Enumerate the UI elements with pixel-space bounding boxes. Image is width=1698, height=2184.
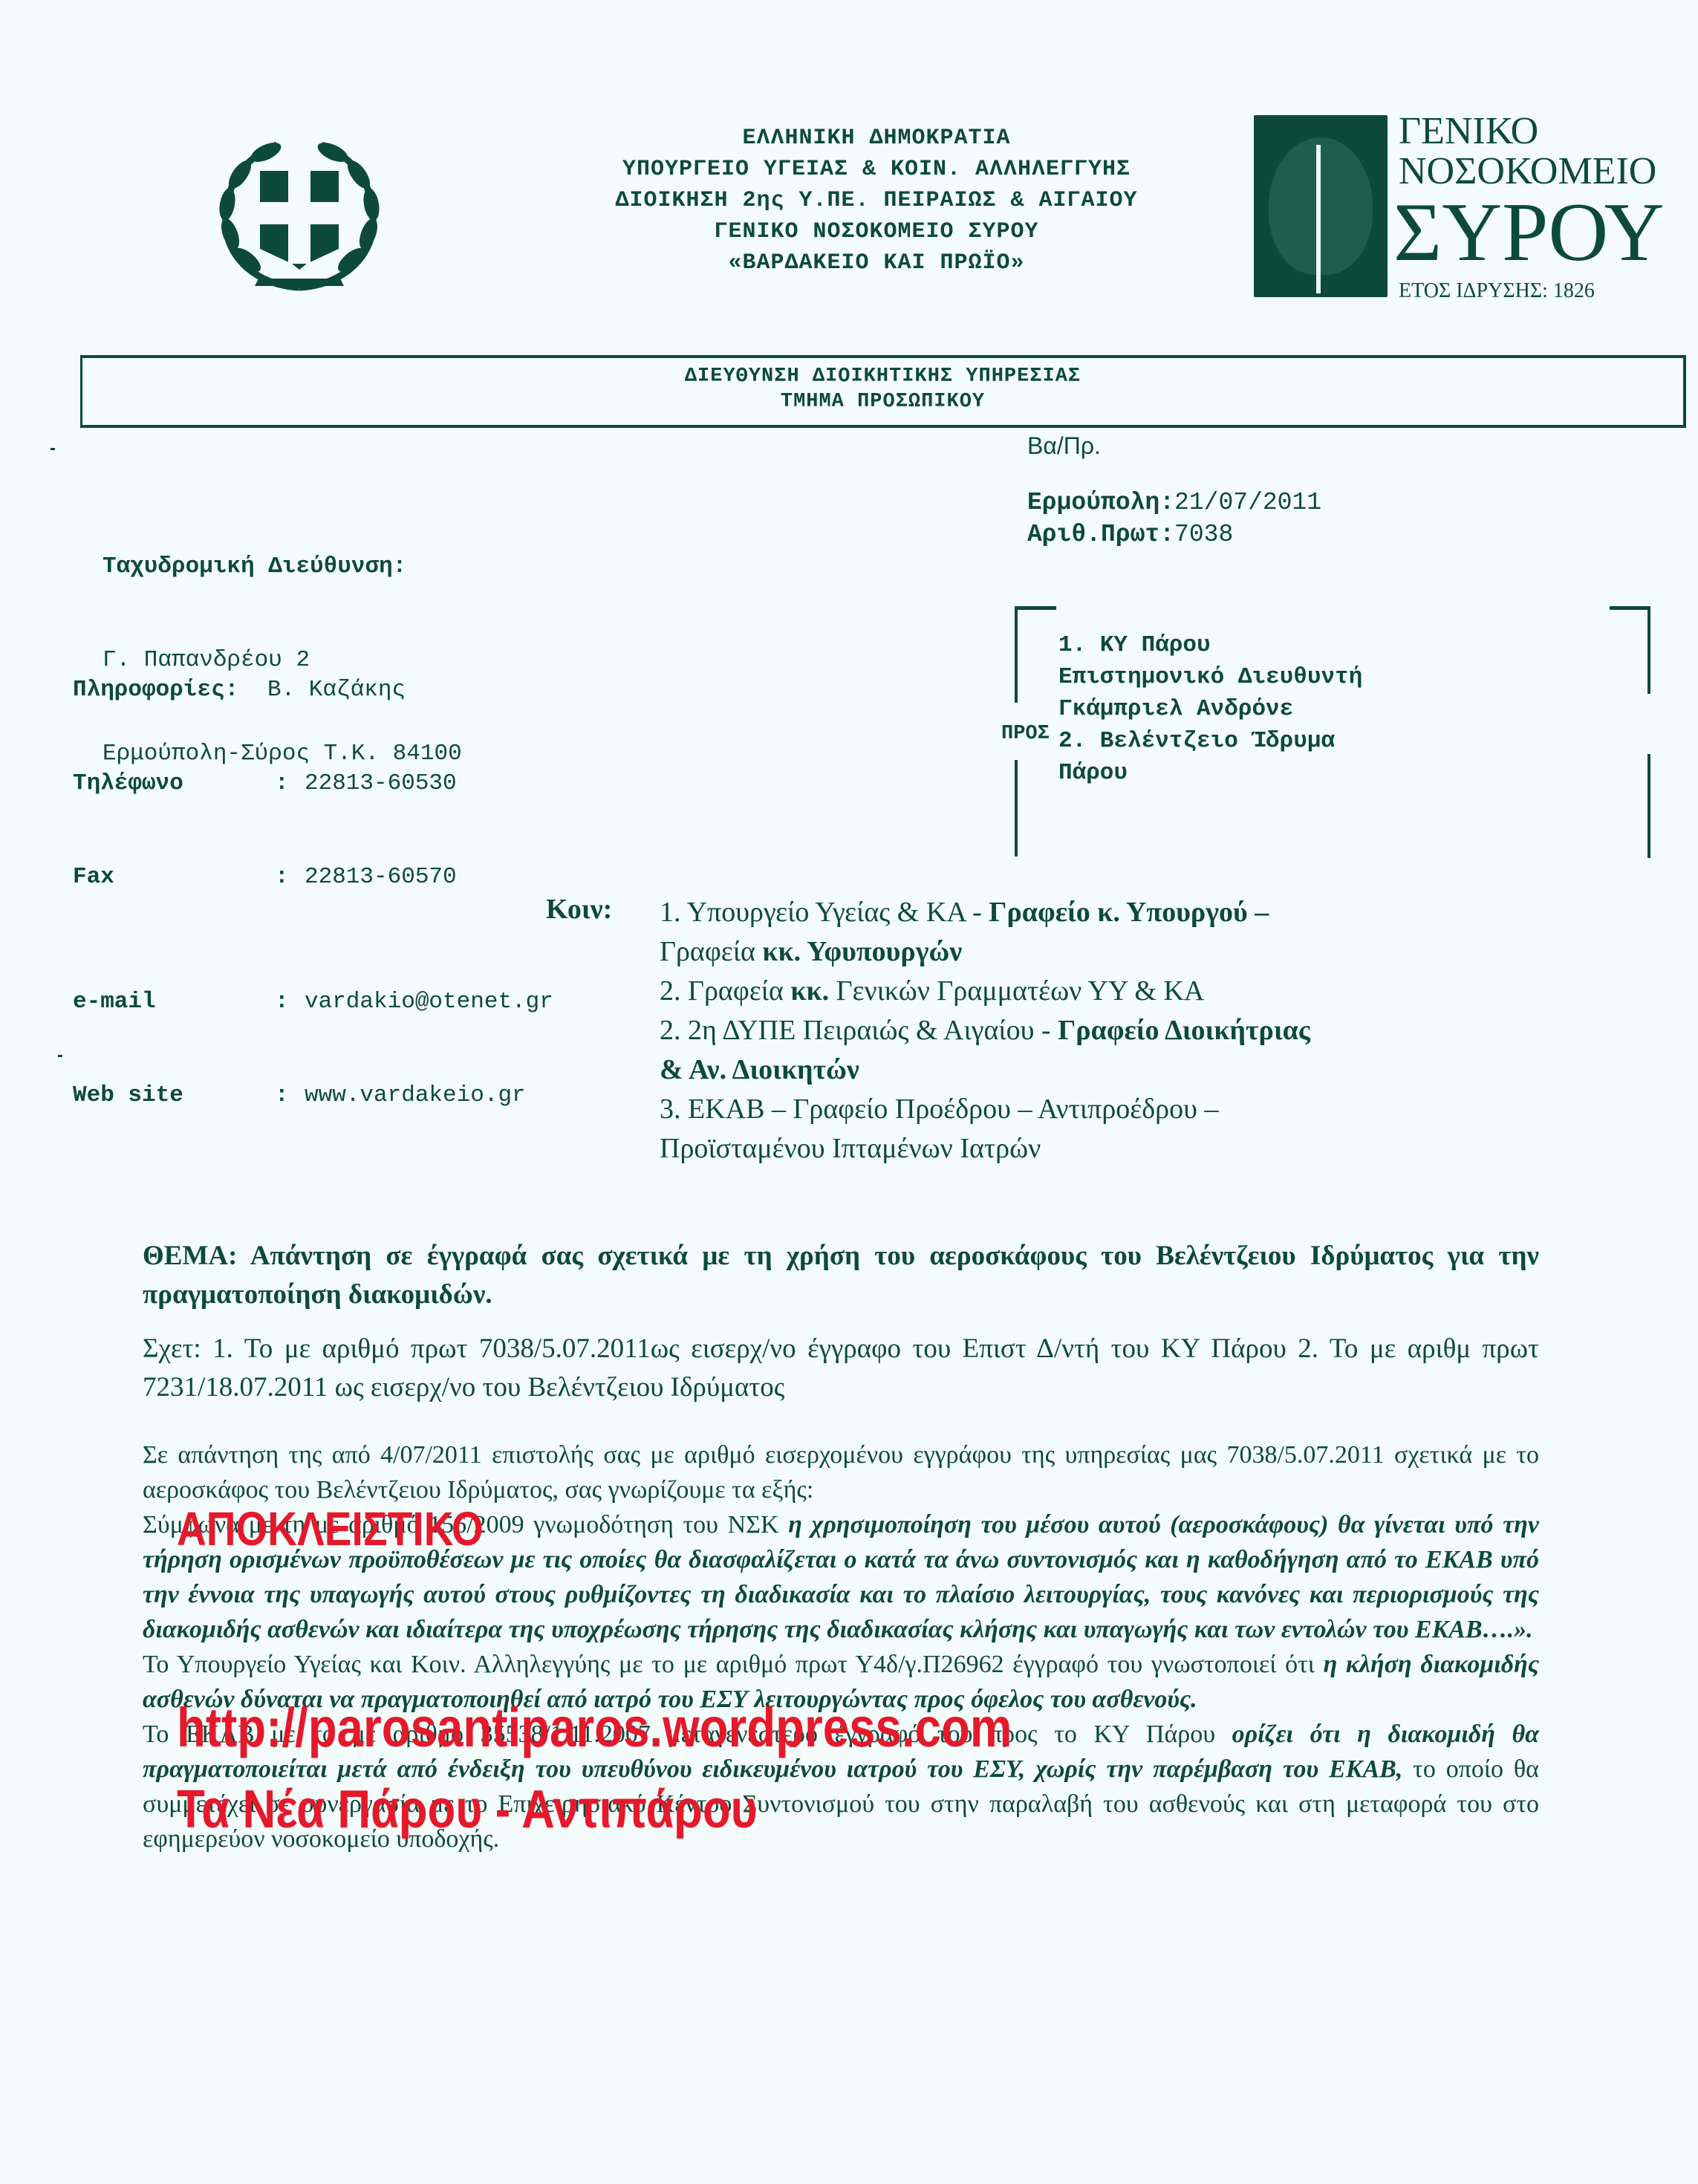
section-name: ΤΜΗΜΑ ΠΡΟΣΩΠΙΚΟΥ	[82, 389, 1683, 415]
tree-logo-icon	[1254, 115, 1388, 297]
logo-line: ΓΕΝΙΚΟ	[1399, 111, 1538, 152]
dateline: Ερμούπολη:21/07/2011 Αριθ.Πρωτ:7038	[1027, 487, 1321, 550]
recipient-line: Επιστημονικό Διευθυντή	[1058, 661, 1362, 693]
protocol-number: 7038	[1174, 521, 1233, 548]
subject-line: ΘΕΜΑ: Απάντηση σε έγγραφά σας σχετικά με…	[143, 1237, 1539, 1314]
body-paragraph: Σε απάντηση της από 4/07/2011 επιστολής …	[143, 1437, 1539, 1507]
email-label: e-mail	[73, 987, 275, 1018]
header-line: ΔΙΟΙΚΗΣΗ 2ης Υ.ΠΕ. ΠΕΙΡΑΙΩΣ & ΑΙΓΑΙΟΥ	[520, 185, 1233, 216]
logo-founded: ΕΤΟΣ ΙΔΡΥΣΗΣ: 1826	[1399, 280, 1595, 302]
recipient-line: 2. Βελέντζειο Ίδρυμα	[1058, 725, 1362, 757]
recipient-line: Γκάμπριελ Ανδρόνε	[1058, 693, 1362, 725]
bracket-line	[1015, 606, 1056, 610]
phone-label: Τηλέφωνο	[73, 768, 275, 799]
cc-item: Προϊσταμένου Ιπταμένων Ιατρών	[660, 1129, 1310, 1169]
protocol-label: Αριθ.Πρωτ:	[1027, 521, 1174, 548]
contact-details: Πληροφορίες:Β. Καζάκης Τηλέφωνο:22813-60…	[73, 612, 553, 1143]
recipient-line: 1. ΚΥ Πάρου	[1058, 629, 1362, 661]
fax-value: 22813-60570	[305, 862, 457, 893]
reference-initials: Βα/Πρ.	[1027, 432, 1101, 460]
logo-title: ΣΥΡΟΥ	[1393, 191, 1665, 274]
recipient-label: ΠΡΟΣ	[1001, 723, 1050, 745]
department-box: ΔΙΕΥΘΥΝΣΗ ΔΙΟΙΚΗΤΙΚΗΣ ΥΠΗΡΕΣΙΑΣ ΤΜΗΜΑ ΠΡ…	[80, 355, 1686, 428]
date-value: 21/07/2011	[1174, 489, 1321, 516]
cc-item: 1. Υπουργείο Υγείας & ΚΑ - Γραφείο κ. Υπ…	[660, 893, 1310, 932]
scan-speck	[58, 1055, 62, 1057]
scan-speck	[51, 448, 55, 450]
email-value[interactable]: vardakio@otenet.gr	[305, 987, 553, 1018]
related-documents: Σχετ: 1. Το με αριθμό πρωτ 7038/5.07.201…	[143, 1330, 1539, 1407]
cc-item: 3. ΕΚΑΒ – Γραφείο Προέδρου – Αντιπροέδρο…	[660, 1090, 1310, 1129]
separator: :	[275, 768, 305, 799]
cc-item: & Αν. Διοικητών	[660, 1050, 1310, 1090]
info-label: Πληροφορίες:	[73, 675, 275, 706]
bracket-line	[1647, 606, 1650, 694]
greek-coat-of-arms-icon	[206, 130, 392, 297]
blog-name-watermark: Τα Νέα Πάρου - Αντιπάρου	[177, 1779, 758, 1840]
issuer-header: ΕΛΛΗΝΙΚΗ ΔΗΜΟΚΡΑΤΙΑ ΥΠΟΥΡΓΕΙΟ ΥΓΕΙΑΣ & Κ…	[520, 123, 1233, 279]
place-label: Ερμούπολη:	[1027, 489, 1174, 516]
department-name: ΔΙΕΥΘΥΝΣΗ ΔΙΟΙΚΗΤΙΚΗΣ ΥΠΗΡΕΣΙΑΣ	[82, 364, 1683, 389]
recipient-line: Πάρου	[1058, 757, 1362, 789]
header-line: «ΒΑΡΔΑΚΕΙΟ ΚΑΙ ΠΡΩΪΟ»	[520, 247, 1233, 279]
cc-list: 1. Υπουργείο Υγείας & ΚΑ - Γραφείο κ. Υπ…	[660, 893, 1310, 1169]
cc-item: Γραφεία κκ. Υφυπουργών	[660, 932, 1310, 972]
separator: :	[275, 1080, 305, 1111]
web-value[interactable]: www.vardakeio.gr	[305, 1080, 526, 1111]
bracket-line	[1015, 760, 1018, 857]
cc-item: 2. Γραφεία κκ. Γενικών Γραμματέων ΥΥ & Κ…	[660, 972, 1310, 1011]
header-line: ΥΠΟΥΡΓΕΙΟ ΥΓΕΙΑΣ & ΚΟΙΝ. ΑΛΛΗΛΕΓΓΥΗΣ	[520, 154, 1233, 185]
blog-url-watermark[interactable]: http://parosantiparos.wordpress.com	[177, 1696, 1012, 1759]
bracket-line	[1647, 754, 1650, 858]
bracket-line	[1610, 606, 1650, 610]
cc-item: 2. 2η ΔΥΠΕ Πειραιώς & Αιγαίου - Γραφείο …	[660, 1011, 1310, 1050]
header-line: ΓΕΝΙΚΟ ΝΟΣΟΚΟΜΕΙΟ ΣΥΡΟΥ	[520, 216, 1233, 247]
postal-label: Ταχυδρομική Διεύθυνση:	[103, 551, 462, 582]
web-label: Web site	[73, 1080, 275, 1111]
recipients-list: 1. ΚΥ Πάρου Επιστημονικό Διευθυντή Γκάμπ…	[1058, 629, 1362, 789]
cc-label: Κοιν:	[546, 893, 612, 926]
exclusive-watermark: ΑΠΟΚΛΕΙΣΤΙΚΟ	[177, 1501, 484, 1556]
fax-label: Fax	[73, 862, 275, 893]
phone-value: 22813-60530	[305, 768, 457, 799]
separator: :	[275, 987, 305, 1018]
separator: :	[275, 862, 305, 893]
hospital-logo: ΓΕΝΙΚΟ ΝΟΣΟΚΟΜΕΙΟ ΣΥΡΟΥ ΕΤΟΣ ΙΔΡΥΣΗΣ: 18…	[1254, 115, 1677, 308]
header-line: ΕΛΛΗΝΙΚΗ ΔΗΜΟΚΡΑΤΙΑ	[520, 123, 1233, 154]
bracket-line	[1015, 606, 1018, 703]
info-value: Β. Καζάκης	[267, 675, 406, 706]
